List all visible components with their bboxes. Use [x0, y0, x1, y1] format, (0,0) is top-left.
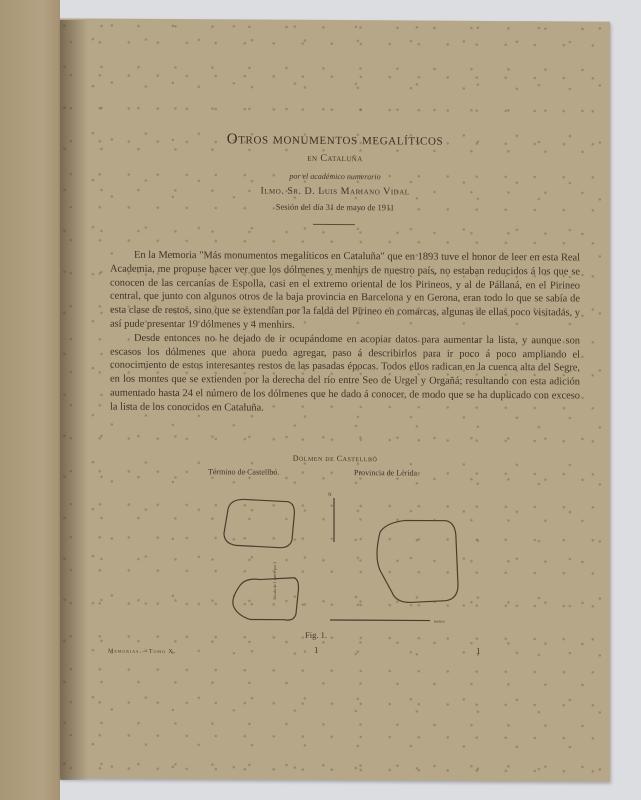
svg-text:metros: metros: [434, 619, 445, 624]
binding-shadow: [60, 20, 88, 780]
paragraph: En la Memoria "Más monumentos megalítico…: [110, 249, 580, 335]
figure-caption: Fig. 1.: [305, 630, 327, 640]
paragraph: Desde entonces no he dejado de ir ocupán…: [110, 331, 580, 417]
page-title: Otros monumentos megalíticos: [60, 130, 610, 150]
author: Ilmo. Sr. D. Luis Mariano Vidal: [60, 184, 610, 198]
footer-volume: Memorias.—Tomo X.: [108, 649, 176, 655]
divider: [313, 224, 355, 225]
svg-text:Escala de 1 metro por 2: Escala de 1 metro por 2: [272, 562, 277, 600]
session-date: Sesión del día 31 de mayo de 1911: [60, 200, 610, 213]
page-subtitle: en Cataluña: [60, 151, 610, 165]
previous-page-edge: [0, 0, 60, 800]
figure-title: Dolmen de Castellbó: [60, 452, 610, 464]
stone-outline: [224, 499, 294, 547]
body-text: En la Memoria "Más monumentos megalítico…: [110, 249, 580, 417]
svg-text:N: N: [328, 493, 332, 498]
page-number: 1: [476, 646, 481, 656]
dolmen-plan-figure: N metros Escala de 1 metro por 2: [210, 489, 470, 641]
footer-signature: 1: [314, 645, 319, 655]
scale-bar: [330, 620, 430, 621]
document-page: Otros monumentos megalíticos en Cataluña…: [60, 18, 610, 781]
byline: por el académico numerario: [60, 170, 610, 182]
stone-outline: [233, 577, 299, 620]
figure-left-label: Término de Castellbó.: [208, 467, 279, 476]
stone-outline: [377, 520, 458, 602]
figure-right-label: Provincia de Lérida.: [354, 468, 419, 477]
